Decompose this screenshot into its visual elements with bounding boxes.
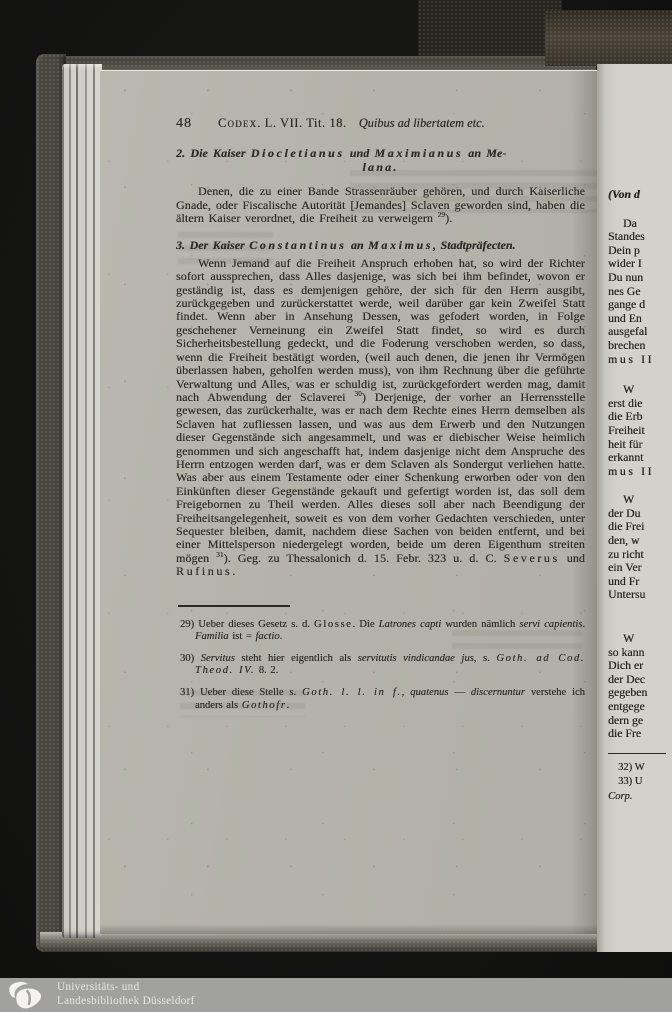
footnote-separator-rule xyxy=(178,605,290,607)
book-cover-bottom-edge xyxy=(40,932,602,952)
codex-title: Codex. L. VII. Tit. 18. xyxy=(218,117,347,130)
right-page-text-fragment: und En xyxy=(608,312,672,326)
text-segment: , s. xyxy=(474,653,497,664)
text-segment: Rufinus xyxy=(176,564,232,578)
right-page-text-fragment: W xyxy=(608,493,672,507)
right-page-text-fragment: und Fr xyxy=(608,575,672,589)
section-2-body: Denen, die zu einer Bande Strassenräuber… xyxy=(176,185,585,225)
text-segment: servitutis vindicandae jus xyxy=(358,653,474,664)
text-segment: und xyxy=(560,551,585,565)
text-segment: — xyxy=(448,687,470,698)
text-segment: Gothofr xyxy=(242,700,287,711)
library-banner: Universitäts- und Landesbibliothek Düsse… xyxy=(0,978,672,1012)
text-segment: Wenn Jemand auf die Freiheit Anspruch er… xyxy=(176,256,585,404)
right-page-text-fragment: ausgefal xyxy=(608,325,672,339)
text-segment: ). Geg. zu Thessalonich d. 15. Febr. 323… xyxy=(224,551,504,565)
section-2-heading: 2. Die Kaiser Diocletianus und Maximianu… xyxy=(176,147,585,174)
text-segment: steht hier eigentlich als xyxy=(235,653,358,664)
library-name-line2: Landesbibliothek Düsseldorf xyxy=(57,995,195,1009)
right-page-para: Werst diedie ErbFreiheitheit fürerkanntm… xyxy=(608,383,672,478)
right-page-text-fragment: dern ge xyxy=(608,714,672,728)
right-page-text-fragment: die Erb xyxy=(608,410,672,424)
text-segment: 2. Die Kaiser xyxy=(176,146,251,160)
right-page-text-fragment: (Von d xyxy=(608,188,672,202)
text-segment: 29 xyxy=(438,210,446,219)
right-page-text-fragment: W xyxy=(608,632,672,646)
text-segment: 30 xyxy=(354,389,362,398)
right-page-text-fragment: brechen xyxy=(608,339,672,353)
footnote-31: 31) Ueber diese Stelle s. Goth. l. l. in… xyxy=(180,687,585,712)
library-name: Universitäts- und Landesbibliothek Düsse… xyxy=(57,981,195,1009)
text-segment: Maximianus xyxy=(374,146,463,160)
page-number: 48 xyxy=(176,117,192,130)
text-segment: Maximus xyxy=(368,238,433,252)
right-page-text-fragment: W xyxy=(608,383,672,397)
text-segment: 30) xyxy=(180,653,201,664)
right-page-text-fragment: den, w xyxy=(608,534,672,548)
text-segment: und xyxy=(345,146,375,160)
right-page-text-fragment: wider I xyxy=(608,257,672,271)
text-segment: an xyxy=(346,238,368,252)
right-page-text-fragment: gegeben xyxy=(608,686,672,700)
text-segment: Severus xyxy=(504,551,560,565)
text-segment: 29) Ueber dieses Gesetz s. d. xyxy=(180,619,314,630)
text-segment: . xyxy=(280,631,283,642)
page-header: 48 Codex. L. VII. Tit. 18. Quibus ad lib… xyxy=(176,117,585,130)
right-page-text-fragment: Da xyxy=(608,217,672,231)
right-page-text-fragment: ein Ver xyxy=(608,561,672,575)
right-page-text-fragment: Untersu xyxy=(608,588,672,602)
right-page-text-fragment: Dich er xyxy=(608,659,672,673)
right-page-block-top-edge xyxy=(545,10,672,66)
library-name-line1: Universitäts- und xyxy=(57,981,195,995)
right-page-text-fragment: der Du xyxy=(608,507,672,521)
text-segment: Familia xyxy=(195,631,229,642)
text-segment: 3. Der Kaiser xyxy=(176,238,249,252)
text-segment: , Stadtpräfecten. xyxy=(433,238,516,252)
text-segment: factio xyxy=(255,631,279,642)
text-segment: 31) Ueber diese Stelle s. xyxy=(180,687,302,698)
right-page-footnote: 32) W33) UCorp. xyxy=(608,761,672,805)
text-segment: 8. 2. xyxy=(255,665,278,676)
text-segment: . Die xyxy=(352,619,378,630)
section-2-heading-line2: lana. xyxy=(176,161,585,174)
text-segment: servi capientis xyxy=(519,619,582,630)
text-segment: , xyxy=(402,687,411,698)
page-stack-edges xyxy=(62,64,102,938)
text-segment: quatenus xyxy=(410,687,448,698)
scanned-page-left: 48 Codex. L. VII. Tit. 18. Quibus ad lib… xyxy=(100,70,597,934)
text-segment: wurden nämlich xyxy=(441,619,519,630)
right-page-text-fragment: erkannt xyxy=(608,451,672,465)
text-segment: Latrones capti xyxy=(379,619,442,630)
right-page-text-fragment: Corp. xyxy=(608,790,672,805)
right-page-text-fragment: die Fre xyxy=(608,727,672,741)
right-page-text-fragment: so kann xyxy=(608,646,672,660)
section-2-heading-line1: 2. Die Kaiser Diocletianus und Maximianu… xyxy=(176,147,585,160)
ulb-duesseldorf-logo-icon xyxy=(2,979,48,1011)
right-page-text-fragment: zu richt xyxy=(608,548,672,562)
right-page-rule xyxy=(608,753,666,754)
text-segment: Denen, die zu einer Bande Strassenräuber… xyxy=(176,184,585,225)
text-segment: Diocletianus xyxy=(251,146,345,160)
right-page-text-fragment: mus II xyxy=(608,465,672,479)
right-page-text-fragment: heit für xyxy=(608,438,672,452)
scanned-page-right-sliver: (Von dDaStandesDein pwider IDu nunnes Ge… xyxy=(597,64,672,952)
text-segment: . xyxy=(582,619,585,630)
text-segment: Servitus xyxy=(201,653,235,664)
right-page-text-fragment: gange d xyxy=(608,298,672,312)
right-page-text-fragment: erst die xyxy=(608,397,672,411)
text-segment: ). xyxy=(445,211,452,225)
text-segment: 31 xyxy=(216,550,224,559)
right-page-text-fragment: nes Ge xyxy=(608,285,672,299)
right-page-para: Wder Dudie Freiden, wzu richtein Verund … xyxy=(608,493,672,602)
right-page-text-fragment: Freiheit xyxy=(608,424,672,438)
right-page-para: DaStandesDein pwider IDu nunnes Gegange … xyxy=(608,217,672,367)
right-page-text-fragment: mus II xyxy=(608,353,672,367)
footnote-30: 30) Servitus steht hier eigentlich als s… xyxy=(180,653,585,678)
background-volume-edge xyxy=(418,0,562,64)
text-segment: ist = xyxy=(229,631,256,642)
text-segment: . L. VII. Tit. 18. xyxy=(257,116,346,130)
text-segment: discernuntur xyxy=(471,687,525,698)
right-page-para: Wso kannDich erder Decgegebenentgegedern… xyxy=(608,632,672,741)
right-page-text-fragment: Dein p xyxy=(608,244,672,258)
right-page-text-fragment: Standes xyxy=(608,230,672,244)
section-3-body: Wenn Jemand auf die Freiheit Anspruch er… xyxy=(176,257,585,579)
text-segment: an Me- xyxy=(463,146,506,160)
book-scan-photo: 48 Codex. L. VII. Tit. 18. Quibus ad lib… xyxy=(0,0,672,1012)
right-page-text-fragment: der Dec xyxy=(608,673,672,687)
running-title: Quibus ad libertatem etc. xyxy=(359,117,485,130)
right-page-text-fragment: Du nun xyxy=(608,271,672,285)
text-segment: Goth. l. l. in f. xyxy=(302,687,402,698)
right-page-text-fragment: die Frei xyxy=(608,520,672,534)
text-segment: Constantinus xyxy=(249,238,346,252)
footnote-29: 29) Ueber dieses Gesetz s. d. Glosse. Di… xyxy=(180,619,585,644)
text-segment: . xyxy=(286,700,289,711)
text-segment: Codex xyxy=(218,116,257,130)
text-segment: . xyxy=(232,564,235,578)
right-page-heading: (Von d xyxy=(608,188,672,202)
right-page-text-fragment: 33) U xyxy=(608,775,672,790)
text-segment: Glosse xyxy=(314,619,352,630)
right-page-text-fragment: 32) W xyxy=(608,761,672,776)
right-page-text-fragment: entgege xyxy=(608,700,672,714)
text-segment: ) Derjenige, der vorher an Herrensstelle… xyxy=(176,390,585,565)
section-3-heading: 3. Der Kaiser Constantinus an Maximus, S… xyxy=(176,239,585,252)
